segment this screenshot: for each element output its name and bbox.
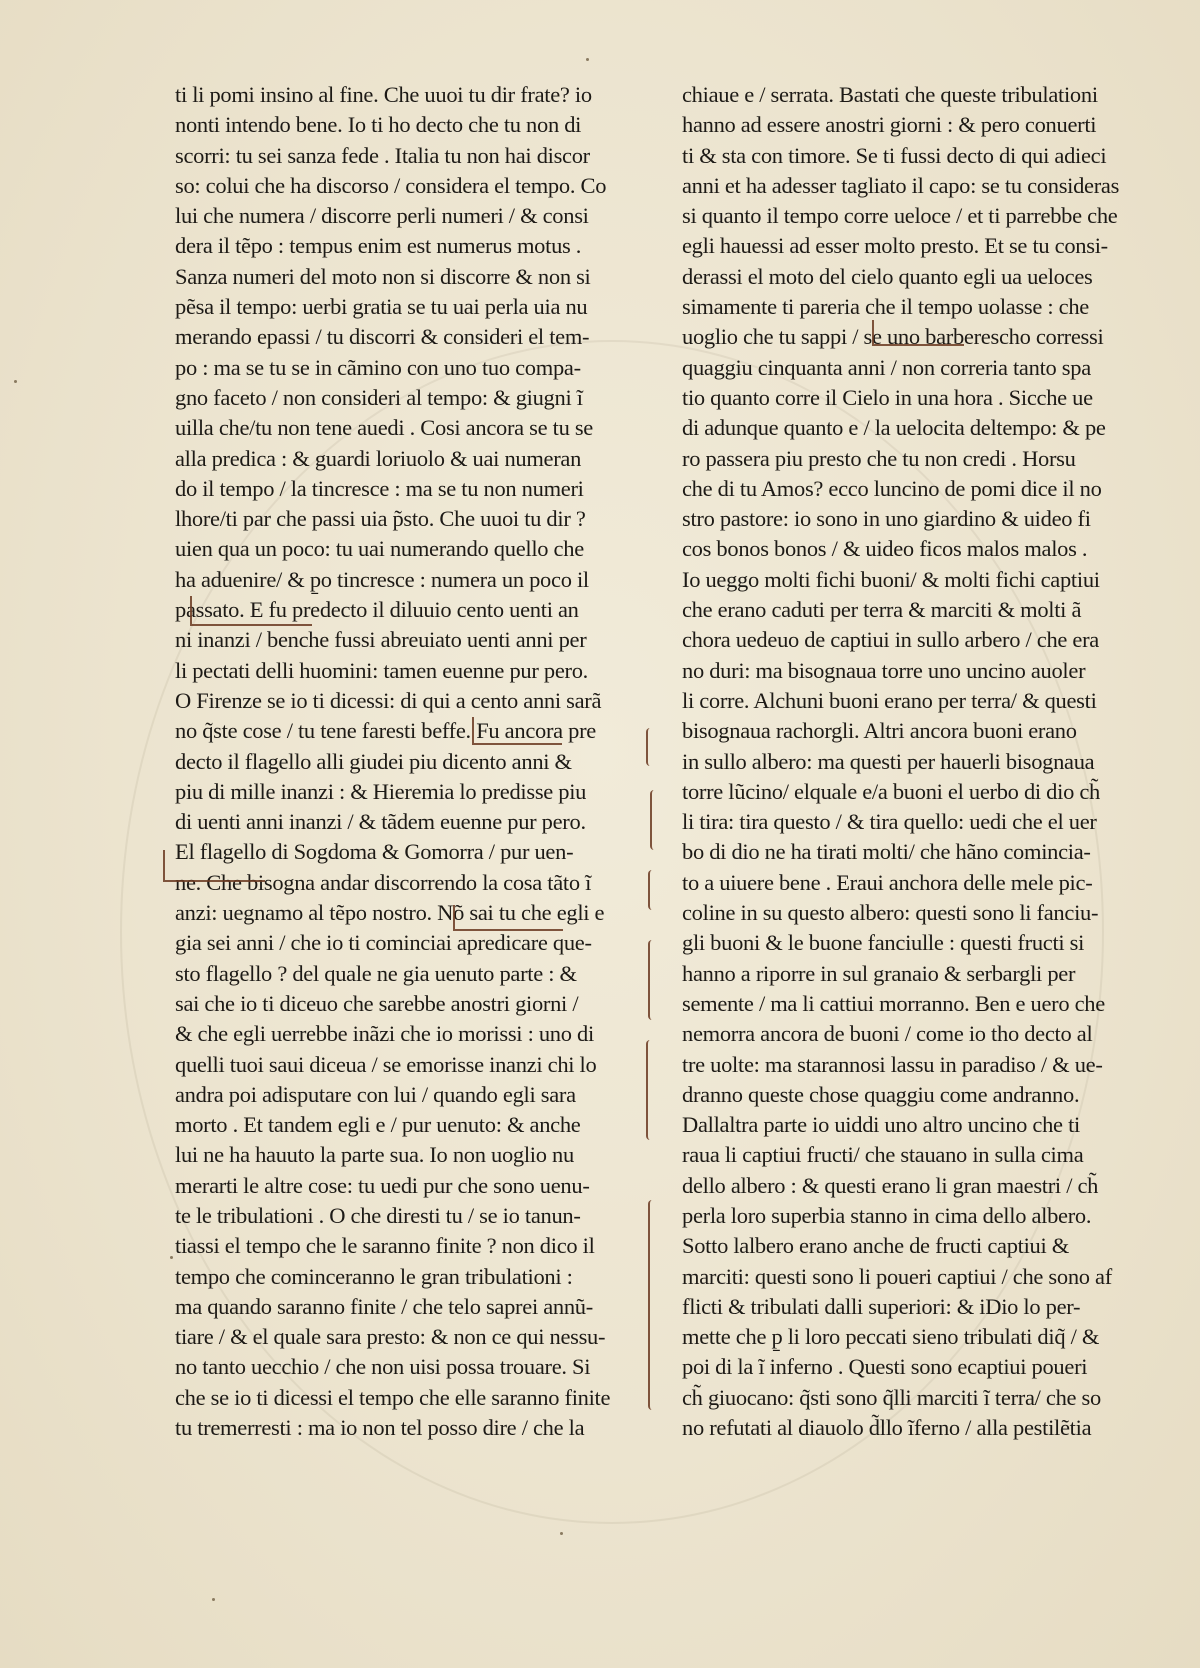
text-line: & che egli uerrebbe inãzi che io morissi… [175, 1019, 645, 1049]
text-line: te le tribulationi . O che diresti tu / … [175, 1201, 645, 1231]
text-line: dera il tẽpo : tempus enim est numerus m… [175, 231, 645, 261]
text-line: raua li captiui fructi/ che stauano in s… [682, 1140, 1152, 1170]
text-line: li tira: tira questo / & tira quello: ue… [682, 807, 1152, 837]
text-line: po : ma se tu se in cãmino con uno tuo c… [175, 353, 645, 383]
text-line: to a uiuere bene . Eraui anchora delle m… [682, 868, 1152, 898]
margin-bracket-3 [648, 870, 656, 910]
text-line: uien qua un poco: tu uai numerando quell… [175, 534, 645, 564]
text-line: bisognaua rachorgli. Altri ancora buoni … [682, 716, 1152, 746]
text-line: no tanto uecchio / che non uisi possa tr… [175, 1352, 645, 1382]
text-line: ha aduenire/ & p̱o tincresce : numera un… [175, 565, 645, 595]
text-line: O Firenze se io ti dicessi: di qui a cen… [175, 686, 645, 716]
text-line: nonti intendo bene. Io ti ho decto che t… [175, 110, 645, 140]
text-line: derassi el moto del cielo quanto egli ua… [682, 262, 1152, 292]
margin-bracket-1 [646, 728, 654, 766]
text-line: ti li pomi insino al fine. Che uuoi tu d… [175, 80, 645, 110]
text-line: chora uedeuo de captiui in sullo arbero … [682, 625, 1152, 655]
text-line: egli hauessi ad esser molto presto. Et s… [682, 231, 1152, 261]
text-line: morto . Et tandem egli e / pur uenuto: &… [175, 1110, 645, 1140]
text-line: tre uolte: ma starannosi lassu in paradi… [682, 1050, 1152, 1080]
text-line: lui che numera / discorre perli numeri /… [175, 201, 645, 231]
annotation-underline-5 [872, 320, 964, 346]
text-line: pẽsa il tempo: uerbi gratia se tu uai pe… [175, 292, 645, 322]
margin-bracket-5 [646, 1040, 654, 1140]
text-line: che erano caduti per terra & marciti & m… [682, 595, 1152, 625]
annotation-underline-4 [453, 905, 563, 931]
text-line: in sullo albero: ma questi per hauerli b… [682, 747, 1152, 777]
margin-dot [170, 1256, 173, 1259]
text-line: ro passera piu presto che tu non credi .… [682, 444, 1152, 474]
text-line: che se io ti dicessi el tempo che elle s… [175, 1383, 645, 1413]
text-line: bo di dio ne ha tirati molti/ che hãno c… [682, 837, 1152, 867]
text-line: flicti & tribulati dalli superiori: & iD… [682, 1292, 1152, 1322]
text-line: lhore/ti par che passi uia p̃sto. Che uu… [175, 504, 645, 534]
text-line: hanno a riporre in sul granaio & serbarg… [682, 959, 1152, 989]
text-line: do il tempo / la tincresce : ma se tu no… [175, 474, 645, 504]
text-line: tiare / & el quale sara presto: & non ce… [175, 1322, 645, 1352]
text-line: di uenti anni inanzi / & tãdem euenne pu… [175, 807, 645, 837]
right-text-column: chiaue e / serrata. Bastati che queste t… [682, 80, 1152, 1443]
manuscript-page: ti li pomi insino al fine. Che uuoi tu d… [0, 0, 1200, 1668]
annotation-underline-3 [163, 850, 265, 882]
text-line: andra poi adisputare con lui / quando eg… [175, 1080, 645, 1110]
left-text-column: ti li pomi insino al fine. Che uuoi tu d… [175, 80, 645, 1443]
text-line: tempo che cominceranno le gran tribulati… [175, 1262, 645, 1292]
annotation-underline-1 [190, 596, 312, 626]
text-line: so: colui che ha discorso / considera el… [175, 171, 645, 201]
text-line: anzi: uegnamo al tẽpo nostro. Nõ sai tu … [175, 898, 645, 928]
text-line: li pectati delli huomini: tamen euenne p… [175, 656, 645, 686]
text-line: no refutati al diauolo d̃llo ĩferno / al… [682, 1413, 1152, 1443]
text-line: anni et ha adesser tagliato il capo: se … [682, 171, 1152, 201]
text-line: stro pastore: io sono in uno giardino & … [682, 504, 1152, 534]
text-line: gno faceto / non consideri al tempo: & g… [175, 383, 645, 413]
text-line: Dallaltra parte io uiddi uno altro uncin… [682, 1110, 1152, 1140]
text-line: si quanto il tempo corre ueloce / et ti … [682, 201, 1152, 231]
text-line: tu tremerresti : ma io non tel posso dir… [175, 1413, 645, 1443]
text-line: coline in su questo albero: questi sono … [682, 898, 1152, 928]
text-line: quelli tuoi saui diceua / se emorisse in… [175, 1050, 645, 1080]
text-line: dranno queste chose quaggiu come andrann… [682, 1080, 1152, 1110]
text-line: gli buoni & le buone fanciulle : questi … [682, 928, 1152, 958]
text-line: lui ne ha hauuto la parte sua. Io non uo… [175, 1140, 645, 1170]
text-line: piu di mille inanzi : & Hieremia lo pred… [175, 777, 645, 807]
margin-dot [212, 1598, 215, 1601]
text-line: no q̃ste cose / tu tene faresti beffe. F… [175, 716, 645, 746]
text-line: poi di la ĩ inferno . Questi sono ecapti… [682, 1352, 1152, 1382]
margin-dot [586, 58, 589, 61]
text-line: merarti le altre cose: tu uedi pur che s… [175, 1171, 645, 1201]
text-line: tiassi el tempo che le saranno finite ? … [175, 1231, 645, 1261]
text-line: Io ueggo molti fichi buoni/ & molti fich… [682, 565, 1152, 595]
text-line: Sanza numeri del moto non si discorre & … [175, 262, 645, 292]
margin-dot [14, 380, 17, 383]
text-line: ti & sta con timore. Se ti fussi decto d… [682, 141, 1152, 171]
text-line: quaggiu cinquanta anni / non correria ta… [682, 353, 1152, 383]
annotation-underline-2 [472, 717, 562, 745]
text-line: Sotto lalbero erano anche de fructi capt… [682, 1231, 1152, 1261]
margin-bracket-4 [648, 940, 656, 1020]
text-line: hanno ad essere anostri giorni : & pero … [682, 110, 1152, 140]
margin-dot [560, 1532, 563, 1535]
text-line: cos bonos bonos / & uideo ficos malos ma… [682, 534, 1152, 564]
text-line: decto il flagello alli giudei piu dicent… [175, 747, 645, 777]
text-line: ch̃ giuocano: q̃sti sono q̃lli marciti ĩ… [682, 1383, 1152, 1413]
text-line: che di tu Amos? ecco luncino de pomi dic… [682, 474, 1152, 504]
margin-bracket-2 [650, 790, 658, 850]
text-line: tio quanto corre il Cielo in una hora . … [682, 383, 1152, 413]
text-line: sai che io ti diceuo che sarebbe anostri… [175, 989, 645, 1019]
text-line: uilla che/tu non tene auedi . Cosi ancor… [175, 413, 645, 443]
text-line: ma quando saranno finite / che telo sapr… [175, 1292, 645, 1322]
margin-bracket-6 [648, 1200, 656, 1410]
text-line: marciti: questi sono li poueri captiui /… [682, 1262, 1152, 1292]
text-line: perla loro superbia stanno in cima dello… [682, 1201, 1152, 1231]
text-line: simamente ti pareria che il tempo uolass… [682, 292, 1152, 322]
text-line: sto flagello ? del quale ne gia uenuto p… [175, 959, 645, 989]
text-line: semente / ma li cattiui morranno. Ben e … [682, 989, 1152, 1019]
text-line: merando epassi / tu discorri & consideri… [175, 322, 645, 352]
text-line: chiaue e / serrata. Bastati che queste t… [682, 80, 1152, 110]
text-line: gia sei anni / che io ti cominciai apred… [175, 928, 645, 958]
text-line: no duri: ma bisognaua torre uno uncino a… [682, 656, 1152, 686]
text-line: torre lũcino/ elquale e/a buoni el uerbo… [682, 777, 1152, 807]
text-line: di adunque quanto e / la uelocita deltem… [682, 413, 1152, 443]
text-line: nemorra ancora de buoni / come io tho de… [682, 1019, 1152, 1049]
text-line: alla predica : & guardi loriuolo & uai n… [175, 444, 645, 474]
text-line: li corre. Alchuni buoni erano per terra/… [682, 686, 1152, 716]
text-line: scorri: tu sei sanza fede . Italia tu no… [175, 141, 645, 171]
text-line: dello albero : & questi erano li gran ma… [682, 1171, 1152, 1201]
text-line: ni inanzi / benche fussi abreuiato uenti… [175, 625, 645, 655]
text-line: mette che p̱ li loro peccati sieno tribu… [682, 1322, 1152, 1352]
